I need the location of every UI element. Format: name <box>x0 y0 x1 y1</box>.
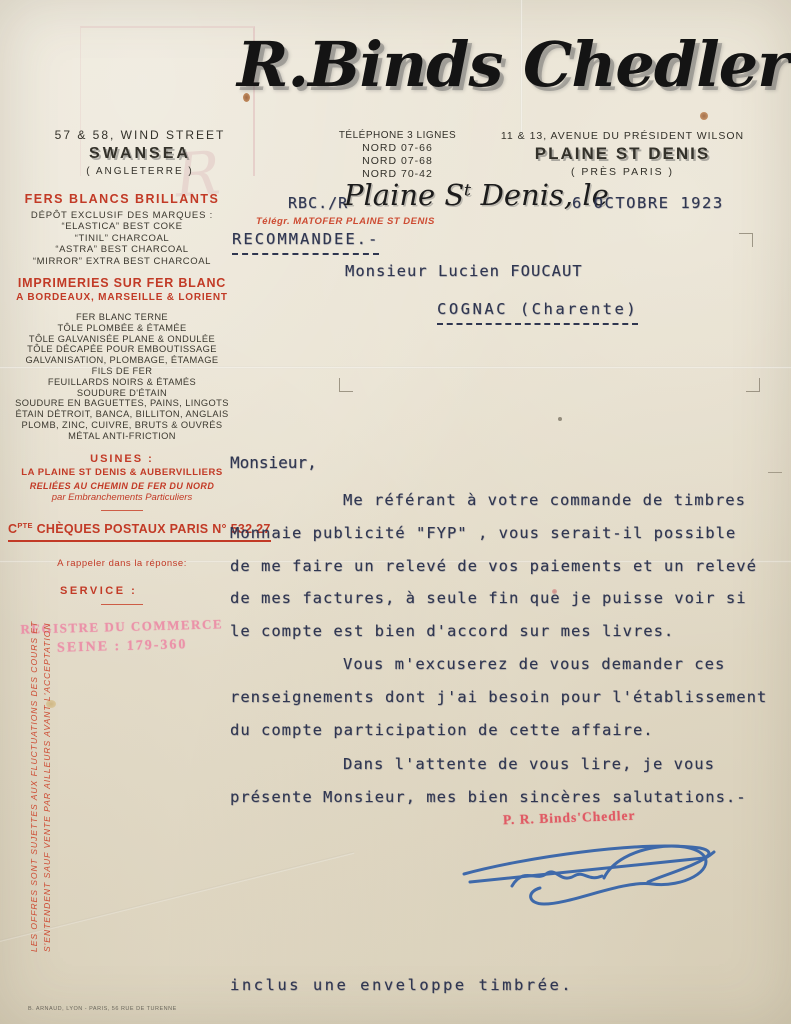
country: ( ANGLETERRE ) <box>40 166 240 177</box>
letter-date: 6 OCTOBRE 1923 <box>572 194 724 212</box>
company-logo-script: R.Binds Chedler <box>237 28 737 101</box>
reference-code: RBC./R <box>288 194 348 212</box>
scanned-letter-page: R R.Binds Chedler 57 & 58, WIND STREET S… <box>0 0 791 1024</box>
recommandee-label: RECOMMANDEE.- <box>232 230 379 255</box>
avenue-address: 11 & 13, AVENUE DU PRÉSIDENT WILSON <box>490 130 755 142</box>
body-paragraph-1: Me référant à votre commande de timbres … <box>230 484 775 648</box>
product-sidebar: FERS BLANCS BRILLANTS DÉPÔT EXCLUSIF DES… <box>8 192 236 655</box>
brand-item: “TINIL” CHARCOAL <box>8 233 236 245</box>
usines-rail-note: RELIÉES AU CHEMIN DE FER DU NORD <box>8 481 236 491</box>
phone-number: NORD 07-68 <box>335 155 460 167</box>
product-item: TÔLE PLOMBÉE & ÉTAMÉE <box>8 323 236 334</box>
usines-locations: LA PLAINE ST DENIS & AUBERVILLIERS <box>8 467 236 478</box>
letterhead-right-address: 11 & 13, AVENUE DU PRÉSIDENT WILSON PLAI… <box>490 130 755 178</box>
rappeler-note: A rappeler dans la réponse: <box>8 558 236 569</box>
divider <box>101 510 143 511</box>
product-item: FILS DE FER <box>8 366 236 377</box>
product-item: GALVANISATION, PLOMBAGE, ÉTAMAGE <box>8 355 236 366</box>
product-item: SOUDURE D'ÉTAIN <box>8 388 236 399</box>
vertical-terms-note: LES OFFRES SONT SUJETTES AUX FLUCTUATION… <box>28 642 54 952</box>
product-item: ÉTAIN DÉTROIT, BANCA, BILLITON, ANGLAIS <box>8 409 236 420</box>
sidebar-section1-title: FERS BLANCS BRILLANTS <box>8 192 236 206</box>
salutation: Monsieur, <box>230 453 317 472</box>
corner-mark <box>739 233 753 247</box>
phone-title: TÉLÉPHONE 3 LIGNES <box>335 130 460 141</box>
product-list: FER BLANC TERNE TÔLE PLOMBÉE & ÉTAMÉE TÔ… <box>8 312 236 442</box>
product-item: PLOMB, ZINC, CUIVRE, BRUTS & OUVRÉS <box>8 420 236 431</box>
signature-scrawl <box>452 822 742 917</box>
letterhead-left-address: 57 & 58, WIND STREET SWANSEA ( ANGLETERR… <box>40 128 240 177</box>
depot-line: DÉPÔT EXCLUSIF DES MARQUES : <box>8 210 236 221</box>
sidebar-section2-sub: A BORDEAUX, MARSEILLE & LORIENT <box>8 292 236 303</box>
body-paragraph-3: Dans l'attente de vous lire, je vous pré… <box>230 748 775 814</box>
corner-mark <box>339 378 353 392</box>
body-paragraph-2: Vous m'excuserez de vous demander ces re… <box>230 648 775 746</box>
brand-item: “ASTRA” BEST CHARCOAL <box>8 244 236 256</box>
rust-stain <box>700 112 708 120</box>
place-and-date-script: Plaine Sᵗ Denis, le <box>344 178 609 212</box>
product-item: FEUILLARDS NOIRS & ÉTAMÉS <box>8 377 236 388</box>
recipient-city: COGNAC (Charente) <box>437 300 638 325</box>
product-item: MÉTAL ANTI-FRICTION <box>8 431 236 442</box>
brand-item: “MIRROR” EXTRA BEST CHARCOAL <box>8 256 236 268</box>
near-paris: ( PRÈS PARIS ) <box>490 166 755 178</box>
brand-item: “ELASTICA” BEST COKE <box>8 221 236 233</box>
letterhead-phone-block: TÉLÉPHONE 3 LIGNES NORD 07-66 NORD 07-68… <box>335 130 460 180</box>
product-item: SOUDURE EN BAGUETTES, PAINS, LINGOTS <box>8 398 236 409</box>
city-plaine-st-denis: PLAINE ST DENIS <box>490 144 755 164</box>
product-item: FER BLANC TERNE <box>8 312 236 323</box>
recipient-name: Monsieur Lucien FOUCAUT <box>345 262 583 280</box>
city-swansea: SWANSEA <box>40 145 240 163</box>
postscript-line: inclus une enveloppe timbrée. <box>230 976 573 994</box>
product-item: TÔLE DÉCAPÉE POUR EMBOUTISSAGE <box>8 344 236 355</box>
edge-tick-mark <box>768 472 782 473</box>
usines-rail-note2: par Embranchements Particuliers <box>8 492 236 503</box>
product-item: TÔLE GALVANISÉE PLANE & ONDULÉE <box>8 334 236 345</box>
service-label: SERVICE : <box>8 585 236 597</box>
printer-credit: B. ARNAUD, LYON - PARIS, 56 RUE DE TUREN… <box>28 1006 177 1012</box>
divider <box>101 604 143 605</box>
street-address: 57 & 58, WIND STREET <box>40 128 240 142</box>
ink-speck <box>558 417 562 421</box>
usines-title: USINES : <box>8 453 236 465</box>
telegraph-address: Télégr. MATOFER PLAINE ST DENIS <box>256 216 435 227</box>
phone-number: NORD 07-66 <box>335 142 460 154</box>
corner-mark <box>746 378 760 392</box>
sidebar-section2-title: IMPRIMERIES SUR FER BLANC <box>8 276 236 290</box>
